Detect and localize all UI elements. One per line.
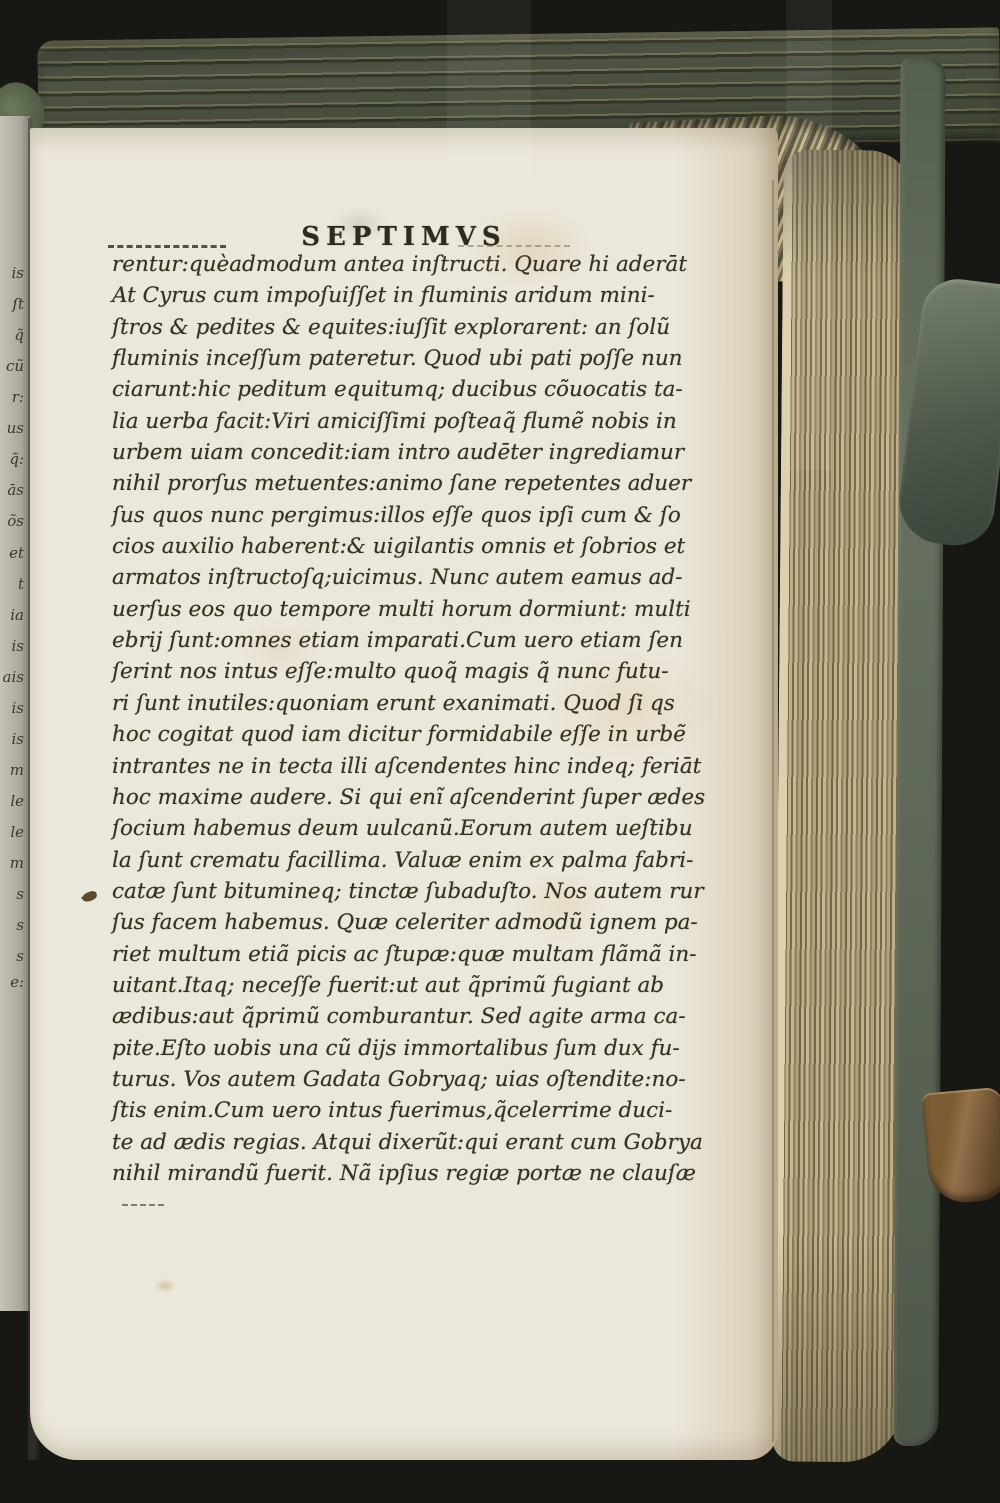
text-line: hoc cogitat quod iam dicitur formidabile… [112,719,646,750]
text-line: lia uerba facit:Viri amiciſſimi poſteaq̃… [112,406,646,437]
text-line: ſtis enim.Cum uero intus fuerimus,q̃cele… [112,1095,646,1126]
text-line: hoc maxime audere. Si qui enĩ aſcenderin… [112,782,646,813]
text-line: pite.Eſto uobis una cũ dijs immortalibus… [112,1033,646,1064]
book-page: SEPTIMVS rentur:quèadmodum antea inſtruc… [30,128,778,1460]
text-line: ſus quos nunc pergimus:illos eſſe quos i… [112,500,646,531]
text-fragment: q̃ [0,328,24,343]
text-line: ebrij ſunt:omnes etiam imparati.Cum uero… [112,625,646,656]
text-fragment: is [0,732,24,747]
text-line: ſus facem habemus. Quæ celeriter admodũ … [112,907,646,938]
facing-page-text-fragments: isſtq̃cũr:usq̃:āsõsettiaisaisisismlelems… [0,0,26,1503]
book-cover-edge [893,58,945,1446]
page-edge-line [772,180,774,1442]
text-line: uerſus eos quo tempore multi horum dormi… [112,594,646,625]
text-line: ſtros & pedites & equites:iuſſit explora… [112,312,646,343]
text-line: cios auxilio haberent:& uigilantis omnis… [112,531,646,562]
text-line: catæ ſunt bitumineq; tinctæ ſubaduſto. N… [112,876,646,907]
text-fragment: t [0,577,24,592]
manuscript-overline [108,245,226,248]
text-line: la ſunt crematu facillima. Valuæ enim ex… [112,845,646,876]
text-fragment: r: [0,390,24,405]
manuscript-underline [122,1204,164,1206]
text-line: armatos inſtructoſq;uicimus. Nunc autem … [112,562,646,593]
text-line: ſocium habemus deum uulcanũ.Eorum autem … [112,813,646,844]
text-fragment: s [0,887,24,902]
text-fragment: s [0,918,24,933]
text-fragment: m [0,856,24,871]
text-fragment: ās [0,483,24,498]
glare-highlight [447,0,531,178]
text-line: turus. Vos autem Gadata Gobryaq; uias oſ… [112,1064,646,1095]
text-line: urbem uiam concedit:iam intro audēter in… [112,437,646,468]
text-fragment: q̃: [0,452,24,467]
text-line: intrantes ne in tecta illi aſcendentes h… [112,751,646,782]
text-line: nihil prorſus metuentes:animo ſane repet… [112,468,646,499]
text-line: te ad ædis regias. Atqui dixerũt:qui era… [112,1127,646,1158]
text-line: riet multum etiã picis ac ſtupæ:quæ mult… [112,939,646,970]
text-fragment: is [0,266,24,281]
text-fragment: le [0,794,24,809]
text-fragment: et [0,546,24,561]
text-line: At Cyrus cum impoſuiſſet in fluminis ari… [112,280,646,311]
ink-blot [81,890,98,903]
text-line: uitant.Itaq; neceſſe fuerit:ut aut q̃pri… [112,970,646,1001]
text-fragment: is [0,639,24,654]
text-fragment: ais [0,670,24,685]
text-fragment: ia [0,608,24,623]
text-fragment: us [0,421,24,436]
text-fragment: is [0,701,24,716]
text-fragment: s [0,949,24,964]
text-line: ædibus:aut q̃primũ comburantur. Sed agit… [112,1001,646,1032]
text-fragment: e: [0,975,24,990]
text-fragment: m [0,763,24,778]
text-block: rentur:quèadmodum antea inſtructi. Quare… [112,249,646,1189]
book-photo: isſtq̃cũr:usq̃:āsõsettiaisaisisismlelems… [0,0,1000,1503]
text-line: ſerint nos intus eſſe:multo quoq̃ magis … [112,656,646,687]
text-fragment: õs [0,514,24,529]
text-line: ciarunt:hic peditum equitumq; ducibus cõ… [112,374,646,405]
glare-highlight [786,0,832,470]
text-fragment: le [0,825,24,840]
text-line: fluminis inceſſum pateretur. Quod ubi pa… [112,343,646,374]
text-fragment: ſt [0,297,24,312]
text-line: ri ſunt inutiles:quoniam erunt exanimati… [112,688,646,719]
text-fragment: cũ [0,359,24,374]
manuscript-overline-faint [458,245,570,247]
text-line: rentur:quèadmodum antea inſtructi. Quare… [112,249,646,280]
text-line: nihil mirandũ fuerit. Nã ipſius regiæ po… [112,1158,646,1189]
